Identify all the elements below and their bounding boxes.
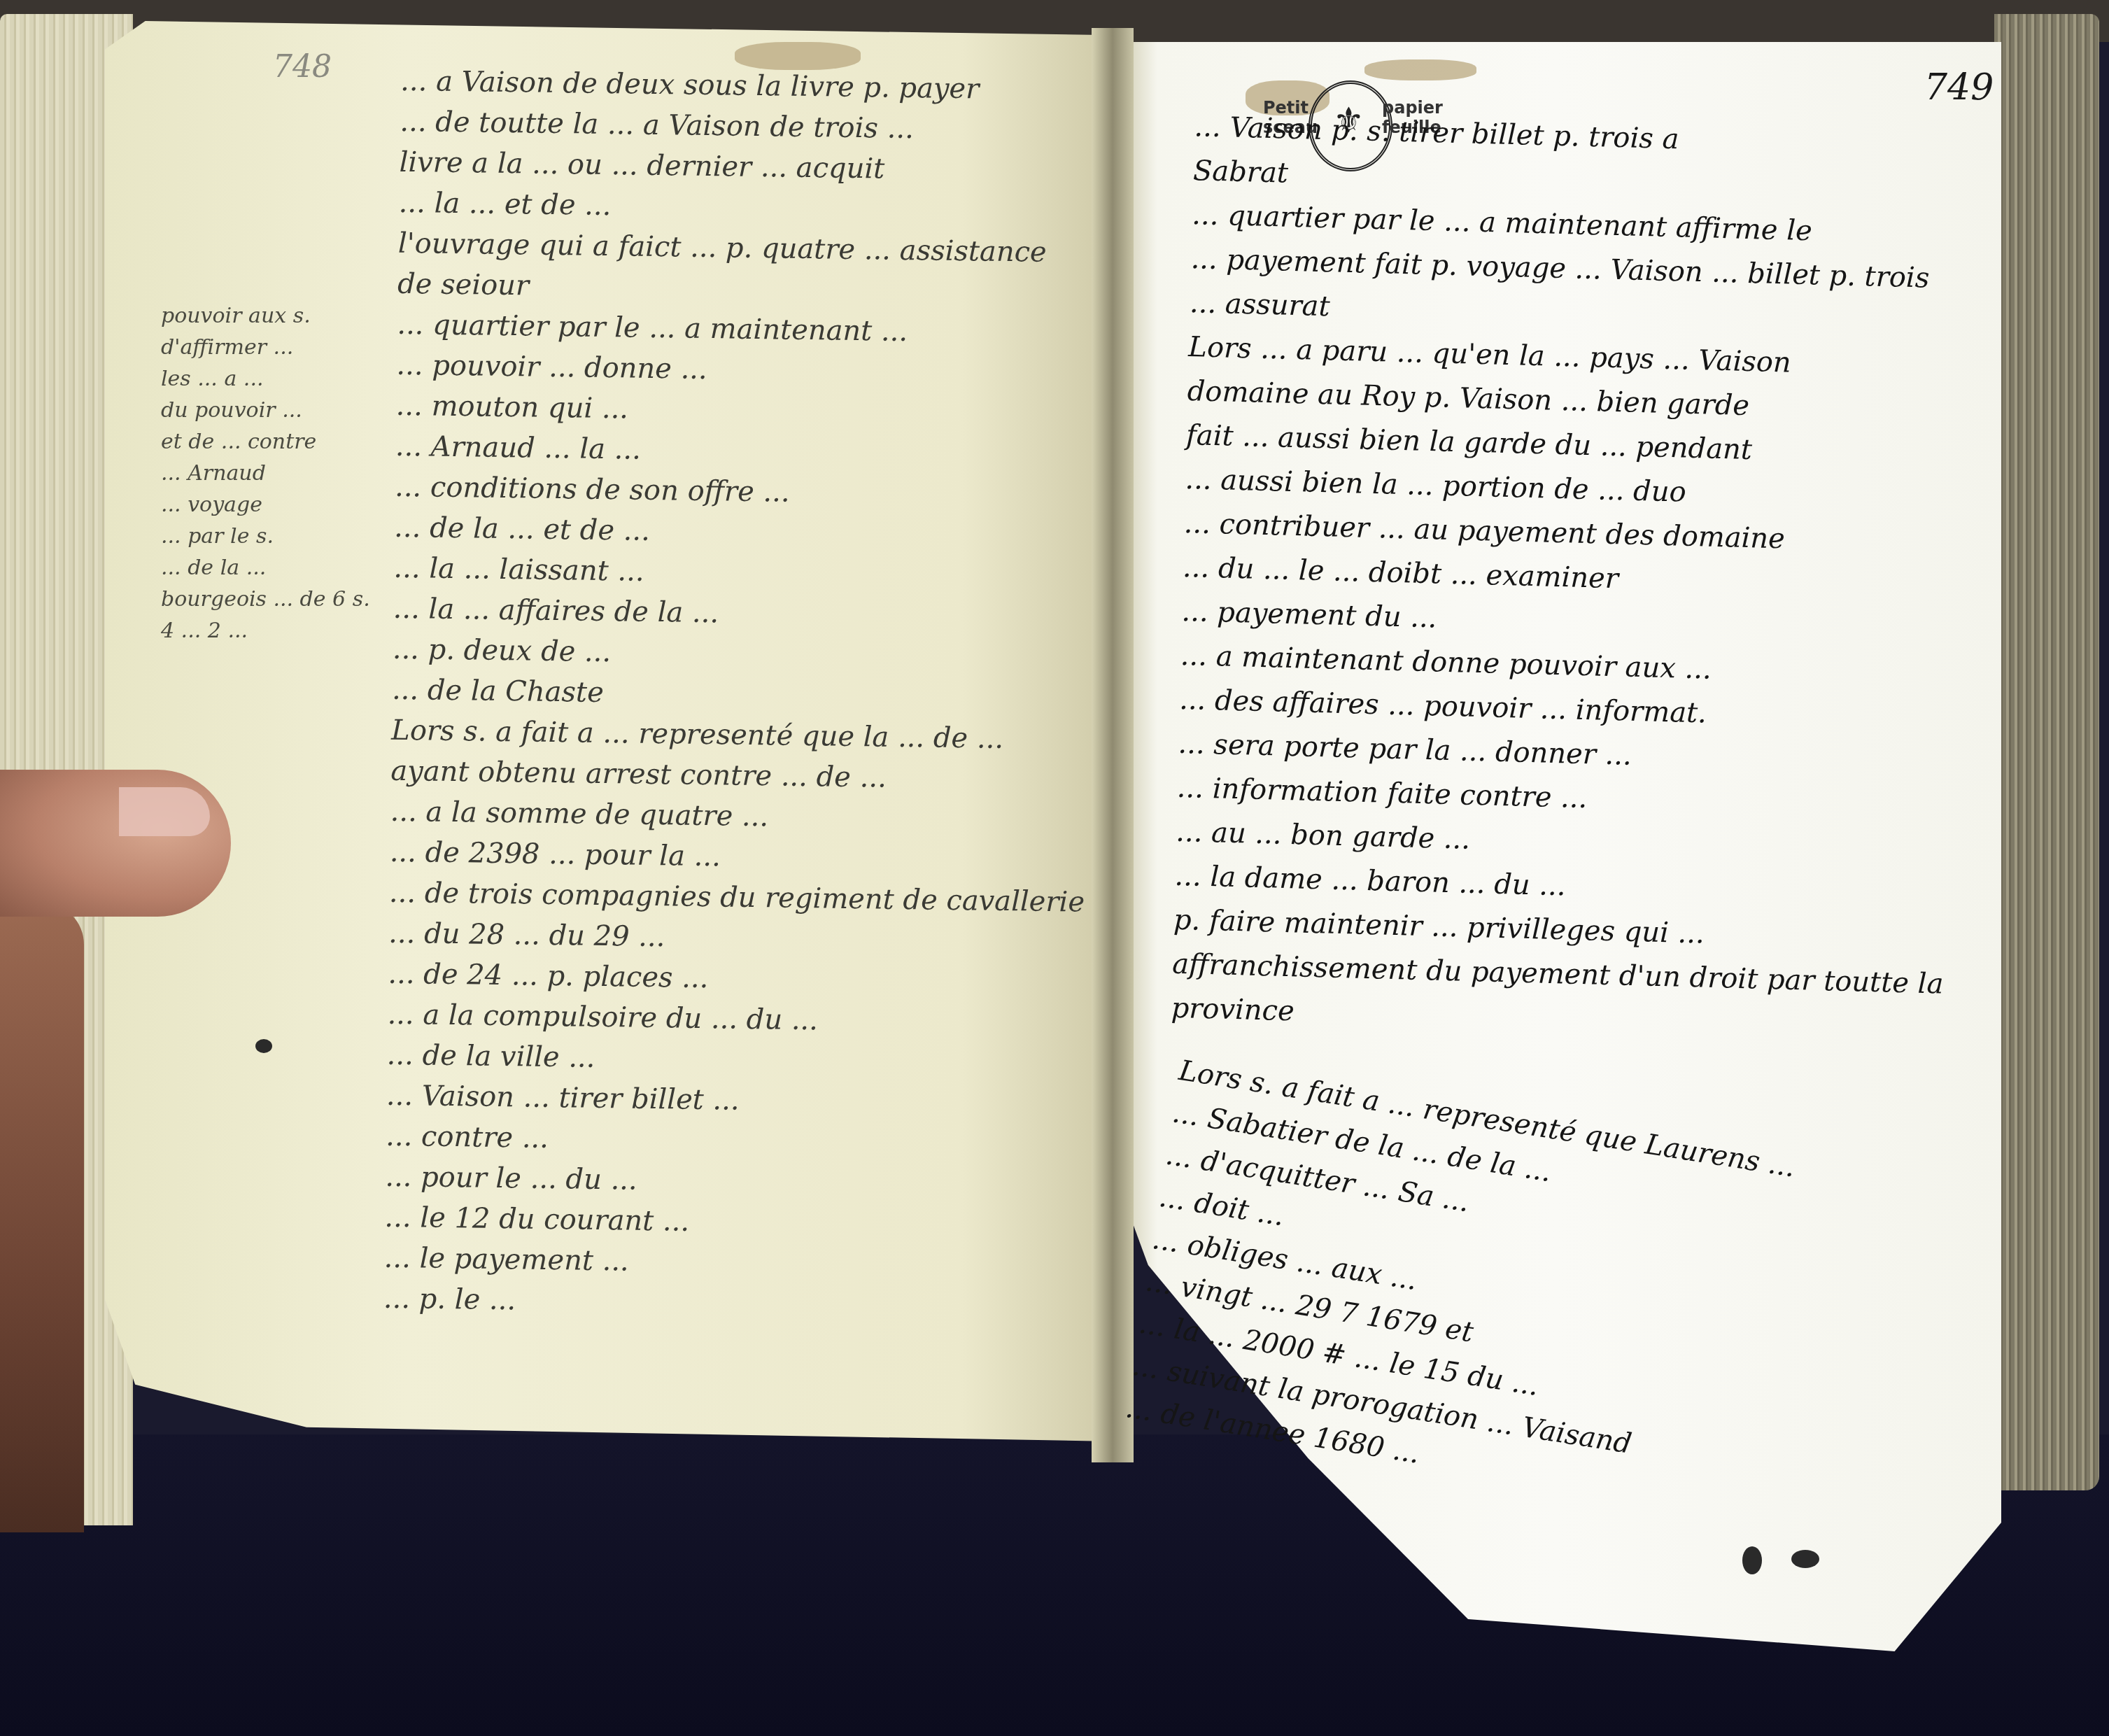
margin-note: ... par le s. [161,521,370,553]
right-page-edges [1994,14,2099,1490]
left-margin-notes: pouvoir aux s. d'affirmer ... les ... a … [161,301,370,647]
folio-number: 749 [1924,66,1994,108]
margin-note: d'affirmer ... [161,332,370,364]
margin-note: pouvoir aux s. [161,301,370,332]
margin-note: du pouvoir ... [161,395,370,427]
thumbnail [119,787,210,836]
margin-note: ... Arnaud [161,458,370,490]
margin-note: ... voyage [161,490,370,521]
right-page-text: ... Vaison p. s. tirer billet p. trois a… [1171,105,1999,1052]
left-folio-number: 748 [273,49,332,85]
left-page-text: ... a Vaison de deux sous la livre p. pa… [383,62,1121,1329]
margin-note: 4 ... 2 ... [161,616,370,647]
margin-note: les ... a ... [161,364,370,395]
worm-hole [1791,1550,1819,1568]
paper-damage [1364,59,1476,80]
worm-hole [255,1039,272,1053]
worm-hole [1742,1546,1762,1574]
holding-hand [0,903,84,1532]
margin-note: et de ... contre [161,427,370,458]
margin-note: ... de la ... [161,553,370,584]
margin-note: bourgeois ... de 6 s. [161,584,370,616]
